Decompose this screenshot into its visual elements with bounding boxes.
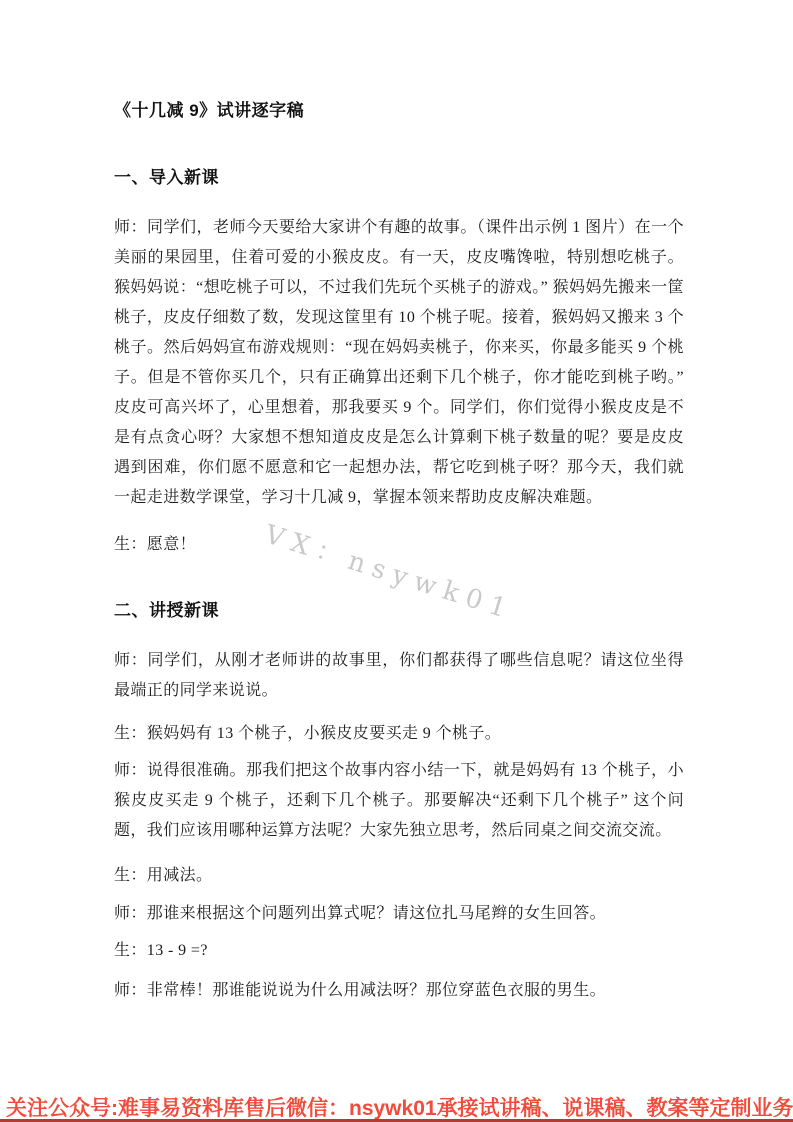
document-title: 《十几减 9》试讲逐字稿 — [114, 100, 684, 122]
document-page: 《十几减 9》试讲逐字稿 一、导入新课 师：同学们，老师今天要给大家讲个有趣的故… — [0, 0, 793, 1122]
teacher-paragraph: 师：同学们，老师今天要给大家讲个有趣的故事。（课件出示例 1 图片）在一个美丽的… — [114, 213, 684, 513]
teacher-paragraph: 师：同学们，从刚才老师讲的故事里，你们都获得了哪些信息呢？请这位坐得最端正的同学… — [114, 646, 684, 706]
footer-segment-account: 关注公众号:难事易资料库 — [6, 1092, 244, 1122]
student-line: 生：用减法。 — [114, 861, 684, 891]
student-line: 生：愿意！ — [114, 530, 684, 560]
teacher-paragraph: 师：那谁来根据这个问题列出算式呢？请这位扎马尾辫的女生回答。 — [114, 899, 684, 929]
student-line: 生：猴妈妈有 13 个桃子，小猴皮皮要买走 9 个桃子。 — [114, 719, 684, 749]
footer-segment-wechat: 售后微信：nsywk01 — [244, 1092, 437, 1122]
section-heading-intro: 一、导入新课 — [114, 167, 684, 189]
section-heading-new-lesson: 二、讲授新课 — [114, 600, 684, 622]
footer-segment-services: 承接试讲稿、说课稿、教案等定制业务 — [437, 1092, 793, 1122]
promo-footer: 关注公众号:难事易资料库 售后微信：nsywk01 承接试讲稿、说课稿、教案等定… — [6, 1092, 785, 1122]
teacher-paragraph: 师：说得很准确。那我们把这个故事内容小结一下，就是妈妈有 13 个桃子，小猴皮皮… — [114, 756, 684, 846]
student-equation-line: 生：13 - 9 =? — [114, 936, 684, 966]
teacher-paragraph: 师：非常棒！那谁能说说为什么用减法呀？那位穿蓝色衣服的男生。 — [114, 976, 684, 1006]
